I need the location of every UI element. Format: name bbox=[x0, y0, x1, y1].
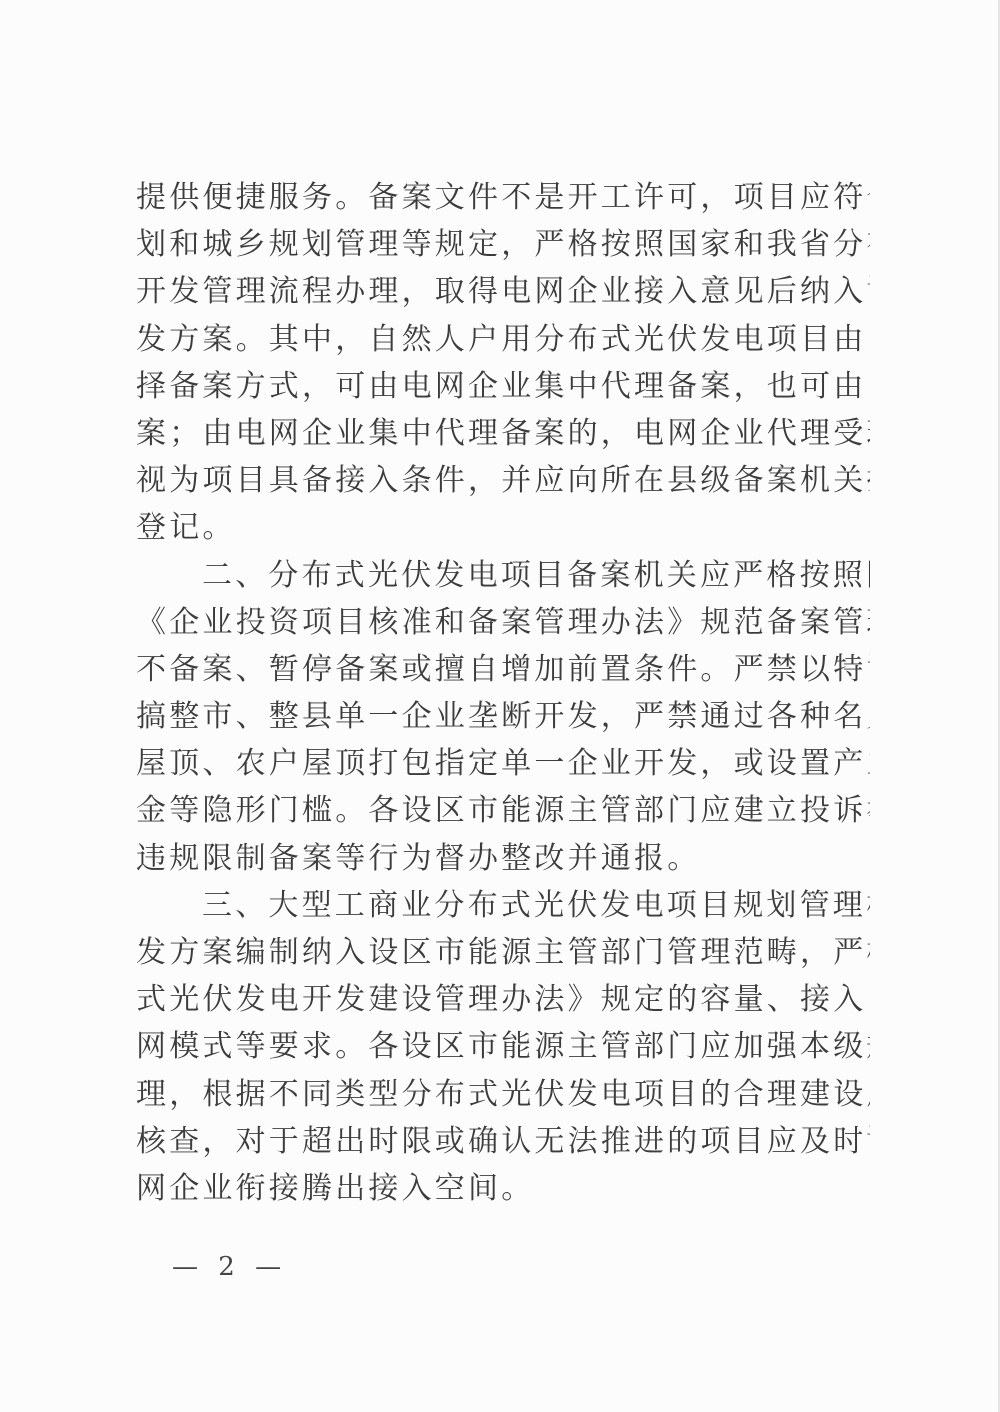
paragraph-continued: 提供便捷服务。备案文件不是开工许可，项目应符合国土空间规 划和城乡规划管理等规定… bbox=[136, 174, 870, 552]
text-line: 发方案编制纳入设区市能源主管部门管理范畴，严格执行《分布 bbox=[136, 929, 870, 976]
text-line: 开发管理流程办理，取得电网企业接入意见后纳入设区市年度开 bbox=[136, 268, 870, 315]
text-line: 择备案方式，可由电网企业集中代理备案，也可由自然人自行备 bbox=[136, 363, 870, 410]
text-line: 网模式等要求。各设区市能源主管部门应加强本级规划的动态管 bbox=[136, 1023, 870, 1070]
text-line: 理，根据不同类型分布式光伏发电项目的合理建设周期定期开展 bbox=[136, 1071, 870, 1118]
text-line: 金等隐形门槛。各设区市能源主管部门应建立投诉举报通道，对 bbox=[136, 787, 870, 834]
text-line: 登记。 bbox=[136, 504, 870, 551]
text-line: 式光伏发电开发建设管理办法》规定的容量、接入电压等级和上 bbox=[136, 976, 870, 1023]
paragraph-section-three: 三、大型工商业分布式光伏发电项目规划管理权限和年度开 发方案编制纳入设区市能源主… bbox=[136, 882, 870, 1212]
text-line: 搞整市、整县单一企业垄断开发，严禁通过各种名义将公共机构 bbox=[136, 693, 870, 740]
document-page: 提供便捷服务。备案文件不是开工许可，项目应符合国土空间规 划和城乡规划管理等规定… bbox=[0, 0, 1000, 1412]
text-line: 提供便捷服务。备案文件不是开工许可，项目应符合国土空间规 bbox=[136, 174, 870, 221]
text-line: 屋顶、农户屋顶打包指定单一企业开发，或设置产业配套、保证 bbox=[136, 740, 870, 787]
page-number: — 2 — bbox=[172, 1252, 287, 1282]
text-line: 不备案、暂停备案或擅自增加前置条件。严禁以特许经营等方式 bbox=[136, 646, 870, 693]
text-line: 网企业衔接腾出接入空间。 bbox=[136, 1165, 870, 1212]
text-line: 三、大型工商业分布式光伏发电项目规划管理权限和年度开 bbox=[136, 882, 870, 929]
text-line: 划和城乡规划管理等规定，严格按照国家和我省分布式光伏发电 bbox=[136, 221, 870, 268]
text-line: 违规限制备案等行为督办整改并通报。 bbox=[136, 835, 870, 882]
text-line: 发方案。其中，自然人户用分布式光伏发电项目由自然人自主选 bbox=[136, 316, 870, 363]
text-line: 核查，对于超出时限或确认无法推进的项目应及时调整，并与电 bbox=[136, 1118, 870, 1165]
text-line: 《企业投资项目核准和备案管理办法》规范备案管理，不得无故 bbox=[136, 599, 870, 646]
text-line: 二、分布式光伏发电项目备案机关应严格按照国家发改委 bbox=[136, 552, 870, 599]
document-body: 提供便捷服务。备案文件不是开工许可，项目应符合国土空间规 划和城乡规划管理等规定… bbox=[136, 174, 870, 1212]
paragraph-section-two: 二、分布式光伏发电项目备案机关应严格按照国家发改委 《企业投资项目核准和备案管理… bbox=[136, 552, 870, 882]
text-line: 视为项目具备接入条件，并应向所在县级备案机关提交备案材料 bbox=[136, 457, 870, 504]
text-line: 案；由电网企业集中代理备案的，电网企业代理受理备案材料即 bbox=[136, 410, 870, 457]
